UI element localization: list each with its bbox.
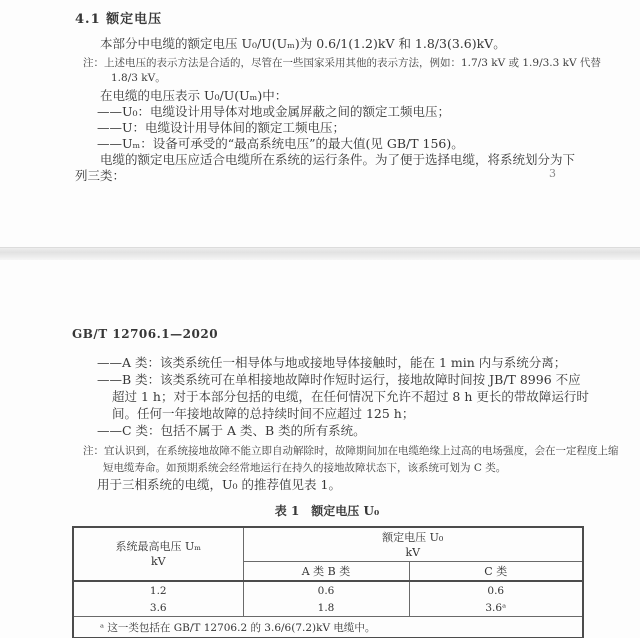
cell-ab-1: 0.6 <box>243 581 409 599</box>
note-earth-fault: 注：宜认识到，在系统接地故障不能立即自动解除时，故障期间加在电缆绝缘上过高的电场… <box>83 443 619 477</box>
list-item-class-b: ——B 类：该类系统可在单相接地故障时作短时运行，接地故障时间按 JB/T 89… <box>97 371 589 422</box>
category-list: ——A 类：该类系统任一相导体与地或接地导体接触时，能在 1 min 内与系统分… <box>97 354 589 439</box>
list-item-u: ——U：电缆设计用导体间的额定工频电压； <box>97 120 585 136</box>
list-item-um: ——Uₘ：设备可承受的“最高系统电压”的最大值(见 GB/T 156)。 <box>97 136 585 152</box>
header-cell-system-voltage: 系统最高电压 Uₘ kV <box>73 527 243 581</box>
list-item-class-c: ——C 类：包括不属于 A 类、B 类的所有系统。 <box>97 422 589 439</box>
standard-number-header: GB/T 12706.1—2020 <box>72 326 585 342</box>
cell-ab-2: 1.8 <box>243 599 409 617</box>
paragraph-voltage-expression: 在电缆的电压表示 U₀/U(Uₘ)中： <box>75 88 585 104</box>
header-system-line1: 系统最高电压 Uₘ <box>74 539 243 554</box>
rated-voltage-table: 系统最高电压 Uₘ kV 额定电压 U₀ kV A 类 B 类 C 类 1.2 … <box>72 526 584 638</box>
table-caption: 表 1 额定电压 U₀ <box>72 503 582 519</box>
section-heading: 4.1 额定电压 <box>75 12 585 28</box>
header-system-line2: kV <box>74 554 243 569</box>
cell-c-1: 0.6 <box>409 581 583 599</box>
paragraph-rated-voltage: 本部分中电缆的额定电压 U₀/U(Uₘ)为 0.6/1(1.2)kV 和 1.8… <box>75 36 585 52</box>
table-row: 1.2 0.6 0.6 <box>73 581 583 599</box>
page-number: 3 <box>549 167 556 180</box>
table-footnote: ᵃ 这一类包括在 GB/T 12706.2 的 3.6/6(7.2)kV 电缆中… <box>73 617 583 638</box>
document-scan: { "page1": { "heading": "4.1 额定电压", "par… <box>0 0 640 638</box>
paragraph-system-categories: 电缆的额定电压应适合电缆所在系统的运行条件。为了便于选择电缆，将系统划分为下列三… <box>75 152 585 184</box>
list-item-u0: ——U₀：电缆设计用导体对地或金属屏蔽之间的额定工频电压； <box>97 104 585 120</box>
header-cell-class-c: C 类 <box>409 562 583 582</box>
page2-section: GB/T 12706.1—2020 ——A 类：该类系统任一相导体与地或接地导体… <box>0 326 640 638</box>
header-rated-line2: kV <box>244 545 583 560</box>
header-rated-line1: 额定电压 U₀ <box>244 530 583 545</box>
header-cell-class-ab: A 类 B 类 <box>243 562 409 582</box>
cell-um-2: 3.6 <box>73 599 243 617</box>
definition-list: ——U₀：电缆设计用导体对地或金属屏蔽之间的额定工频电压； ——U：电缆设计用导… <box>97 104 585 152</box>
page-separator-band <box>0 247 640 260</box>
cell-c-2: 3.6ᵃ <box>409 599 583 617</box>
note-voltage-notation: 注：上述电压的表示方法是合适的，尽管在一些国家采用其他的表示方法，例如：1.7/… <box>83 56 623 86</box>
cell-um-1: 1.2 <box>73 581 243 599</box>
table-row: 3.6 1.8 3.6ᵃ <box>73 599 583 617</box>
list-item-class-a: ——A 类：该类系统任一相导体与地或接地导体接触时，能在 1 min 内与系统分… <box>97 354 589 371</box>
paragraph-three-phase: 用于三相系统的电缆，U₀ 的推荐值见表 1。 <box>72 477 585 493</box>
page1-section: 4.1 额定电压 本部分中电缆的额定电压 U₀/U(Uₘ)为 0.6/1(1.2… <box>0 0 640 184</box>
header-cell-rated-voltage: 额定电压 U₀ kV <box>243 527 583 562</box>
